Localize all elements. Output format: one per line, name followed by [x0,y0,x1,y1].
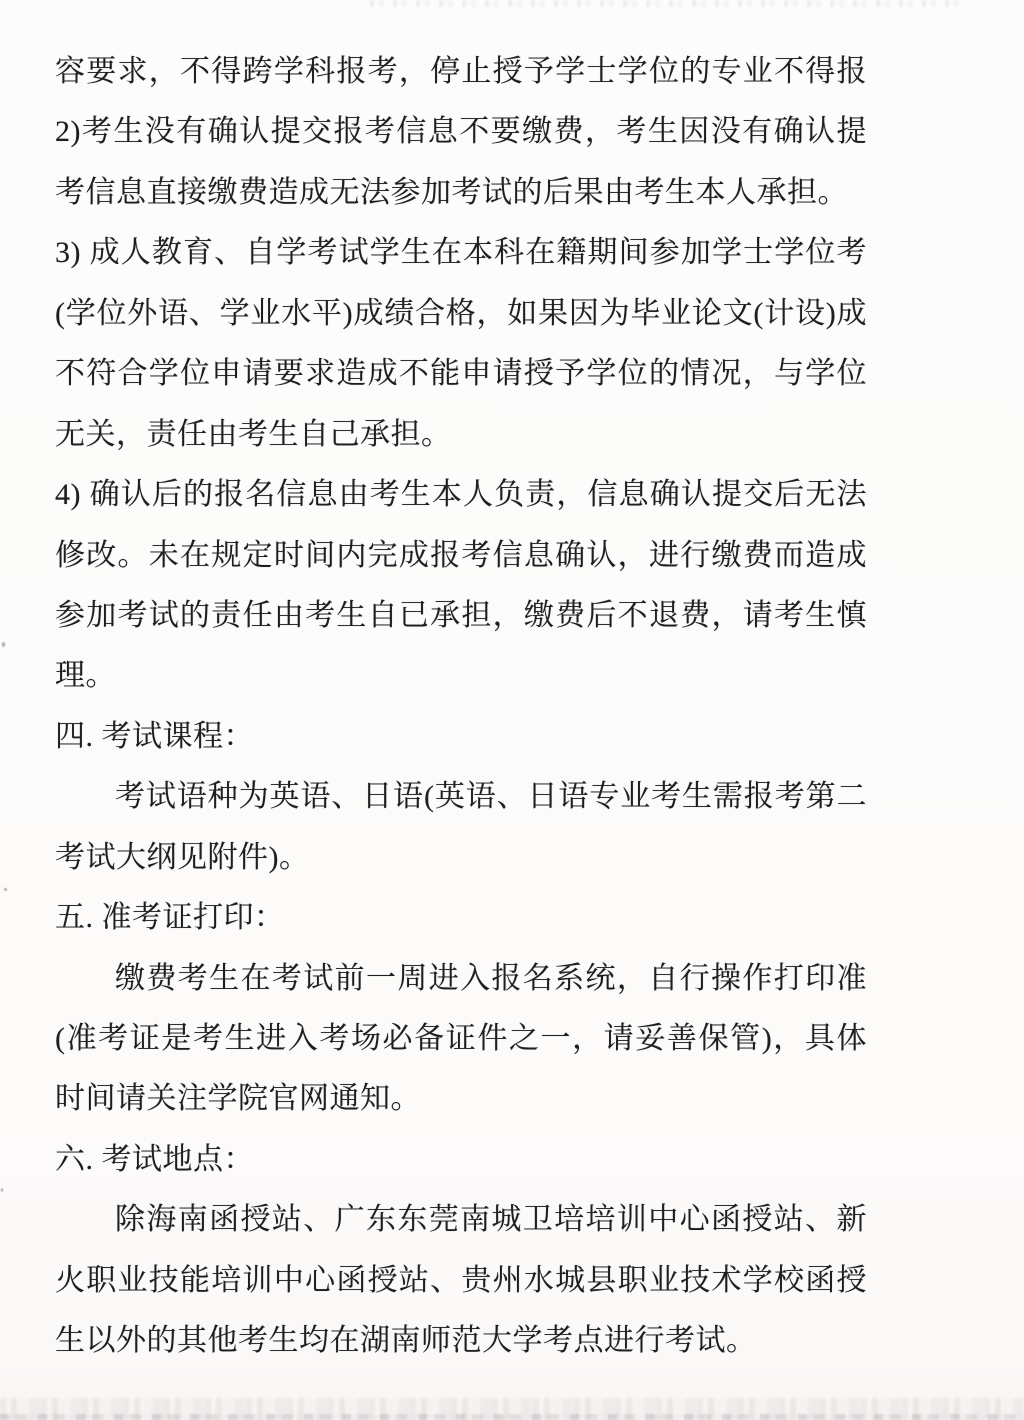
text-line: 3) 成人教育、自学考试学生在本科在籍期间参加学士学位考试 [55,223,867,283]
text-line: (准考证是考生进入考场必备证件之一，请妥善保管)，具体打印 [55,1009,867,1069]
text-block: 容要求，不得跨学科报考，停止授予学士学位的专业不得报考。2)考生没有确认提交报考… [55,42,867,1372]
scan-speck [4,888,7,891]
text-line: 五. 准考证打印： [55,888,867,948]
text-line: 除海南函授站、广东东莞南城卫培培训中心函授站、新疆星 [55,1190,867,1250]
text-line: (学位外语、学业水平)成绩合格，如果因为毕业论文(计设)成绩 [55,284,867,344]
text-line: 四. 考试课程： [55,707,867,767]
text-line: 考试大纲见附件)。 [55,828,867,888]
text-line: 不符合学位申请要求造成不能申请授予学位的情况，与学位考试 [55,344,867,404]
text-line: 时间请关注学院官网通知。 [55,1069,867,1129]
text-line: 六. 考试地点： [55,1130,867,1190]
text-line: 2)考生没有确认提交报考信息不要缴费，考生因没有确认提交报 [55,102,867,162]
text-line: 参加考试的责任由考生自已承担，缴费后不退费，请考生慎重办 [55,586,867,646]
scanned-page: 容要求，不得跨学科报考，停止授予学士学位的专业不得报考。2)考生没有确认提交报考… [0,0,1024,1420]
scan-noise-top [370,0,960,7]
text-line: 生以外的其他考生均在湖南师范大学考点进行考试。 [55,1311,867,1371]
text-line: 修改。未在规定时间内完成报考信息确认，进行缴费而造成不能 [55,526,867,586]
scan-speck [1,1188,3,1192]
text-line: 考信息直接缴费造成无法参加考试的后果由考生本人承担。 [55,163,867,223]
text-line: 考试语种为英语、日语(英语、日语专业考生需报考第二外语， [55,767,867,827]
text-line: 火职业技能培训中心函授站、贵州水城县职业技术学校函授站考 [55,1251,867,1311]
text-line: 无关，责任由考生自己承担。 [55,405,867,465]
text-line: 缴费考生在考试前一周进入报名系统，自行操作打印准考证 [55,949,867,1009]
text-line: 容要求，不得跨学科报考，停止授予学士学位的专业不得报考。 [55,42,867,102]
text-line: 4) 确认后的报名信息由考生本人负责，信息确认提交后无法再 [55,465,867,525]
scan-noise-bottom-edge [0,1414,1024,1420]
scan-speck [2,642,5,647]
text-line: 理。 [55,646,867,706]
